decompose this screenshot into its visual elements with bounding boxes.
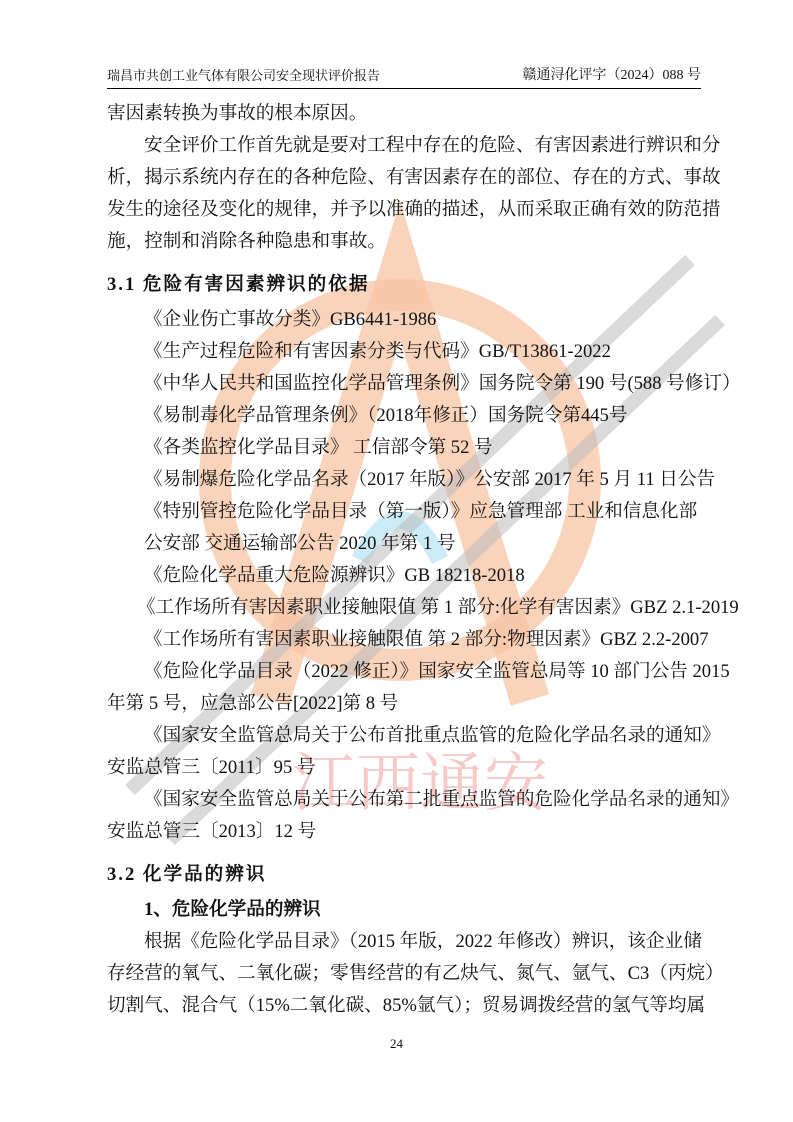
page-body: 害因素转换为事故的根本原因。 安全评价工作首先就是要对工程中存在的危险、有害因素… — [107, 98, 721, 1022]
paragraph-line: 切割气、混合气（15%二氧化碳、85%氩气）；贸易调拨经营的氢气等均属 — [107, 990, 721, 1022]
reference-item: 《企业伤亡事故分类》GB6441-1986 — [107, 304, 721, 336]
reference-item: 《国家安全监管总局关于公布首批重点监管的危险化学品名录的通知》 — [107, 720, 721, 752]
reference-item-continued: 年第 5 号，应急部公告[2022]第 8 号 — [107, 688, 721, 720]
paragraph-line: 发生的途径及变化的规律，并予以准确的描述，从而采取正确有效的防范措 — [107, 194, 721, 226]
page-header: 瑞昌市共创工业气体有限公司安全现状评价报告 赣通浔化评字（2024）088 号 — [107, 64, 701, 89]
reference-item: 《危险化学品重大危险源辨识》GB 18218-2018 — [107, 560, 721, 592]
reference-item: 《易制毒化学品管理条例》（2018年修正）国务院令第445号 — [107, 400, 721, 432]
reference-item: 《特别管控危险化学品目录（第一版）》应急管理部 工业和信息化部 — [107, 496, 721, 528]
paragraph-line: 害因素转换为事故的根本原因。 — [107, 98, 721, 130]
document-page: 江西通安 瑞昌市共创工业气体有限公司安全现状评价报告 赣通浔化评字（2024）0… — [0, 0, 793, 1122]
reference-item: 《易制爆危险化学品名录（2017 年版）》公安部 2017 年 5 月 11 日… — [107, 464, 721, 496]
document-number: 赣通浔化评字（2024）088 号 — [523, 64, 702, 84]
report-title: 瑞昌市共创工业气体有限公司安全现状评价报告 — [107, 65, 380, 84]
paragraph-line: 安全评价工作首先就是要对工程中存在的危险、有害因素进行辨识和分 — [107, 130, 721, 162]
reference-item: 《中华人民共和国监控化学品管理条例》国务院令第 190 号(588 号修订） — [107, 368, 721, 400]
reference-item: 《国家安全监管总局关于公布第二批重点监管的危险化学品名录的通知》 — [107, 784, 721, 816]
reference-item: 《各类监控化学品目录》 工信部令第 52 号 — [107, 432, 721, 464]
page-number: 24 — [0, 1036, 793, 1052]
reference-item: 《生产过程危险和有害因素分类与代码》GB/T13861-2022 — [107, 336, 721, 368]
paragraph-line: 存经营的氧气、二氧化碳；零售经营的有乙炔气、氮气、氩气、C3（丙烷） — [107, 958, 721, 990]
section-heading-3-1: 3.1 危险有害因素辨识的依据 — [107, 268, 721, 302]
reference-item: 《工作场所有害因素职业接触限值 第 1 部分:化学有害因素》GBZ 2.1-20… — [107, 592, 721, 624]
subsection-heading: 1、危险化学品的辨识 — [107, 894, 721, 926]
section-heading-3-2: 3.2 化学品的辨识 — [107, 858, 721, 892]
paragraph-line: 析，揭示系统内存在的各种危险、有害因素存在的部位、存在的方式、事故 — [107, 162, 721, 194]
reference-item-continued: 安监总管三〔2013〕12 号 — [107, 816, 721, 848]
paragraph-line: 施，控制和消除各种隐患和事故。 — [107, 226, 721, 258]
reference-item: 《工作场所有害因素职业接触限值 第 2 部分:物理因素》GBZ 2.2-2007 — [107, 624, 721, 656]
reference-item-continued: 公安部 交通运输部公告 2020 年第 1 号 — [107, 528, 721, 560]
paragraph-line: 根据《危险化学品目录》（2015 年版，2022 年修改）辨识，该企业储 — [107, 926, 721, 958]
reference-item-continued: 安监总管三〔2011〕95 号 — [107, 752, 721, 784]
reference-item: 《危险化学品目录（2022 修正）》国家安全监管总局等 10 部门公告 2015 — [107, 656, 721, 688]
